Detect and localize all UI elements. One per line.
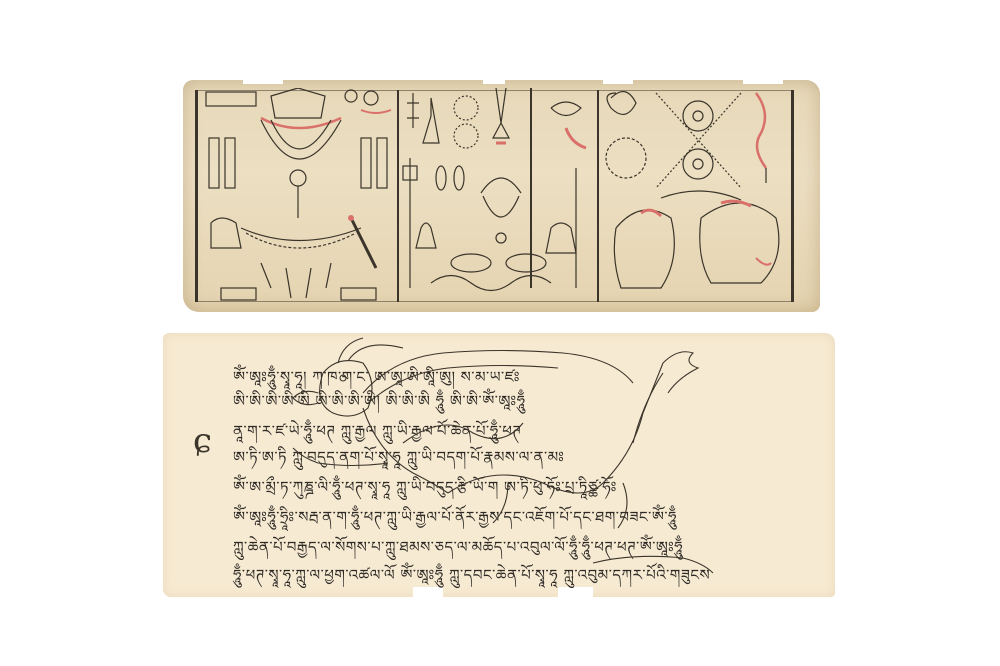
ornaments-illustration <box>201 88 395 304</box>
dragon-drawing <box>163 333 835 597</box>
torn-edge <box>743 76 783 84</box>
panel-auspicious-symbols <box>601 88 789 304</box>
torn-edge <box>603 76 633 84</box>
top-manuscript-folio <box>183 80 820 312</box>
ritual-objects-illustration <box>401 88 595 304</box>
frame-border-left <box>195 90 198 302</box>
auspicious-symbols-illustration <box>601 88 789 304</box>
bottom-manuscript-folio: ɕ ༀ་ཨཱཿཧཱུྃ་སྭཱ་ཧཱ། ཀ་ཁ་ག་ང་ ཨ་ཨཱ་ཨི་ཨཱི… <box>163 333 835 597</box>
panel-ritual-objects <box>401 88 595 304</box>
panel-divider <box>597 90 599 302</box>
torn-edge <box>243 76 283 84</box>
frame-border-right <box>791 90 794 302</box>
panel-ornaments <box>201 88 395 304</box>
torn-edge <box>483 76 505 84</box>
panel-divider <box>397 90 399 302</box>
